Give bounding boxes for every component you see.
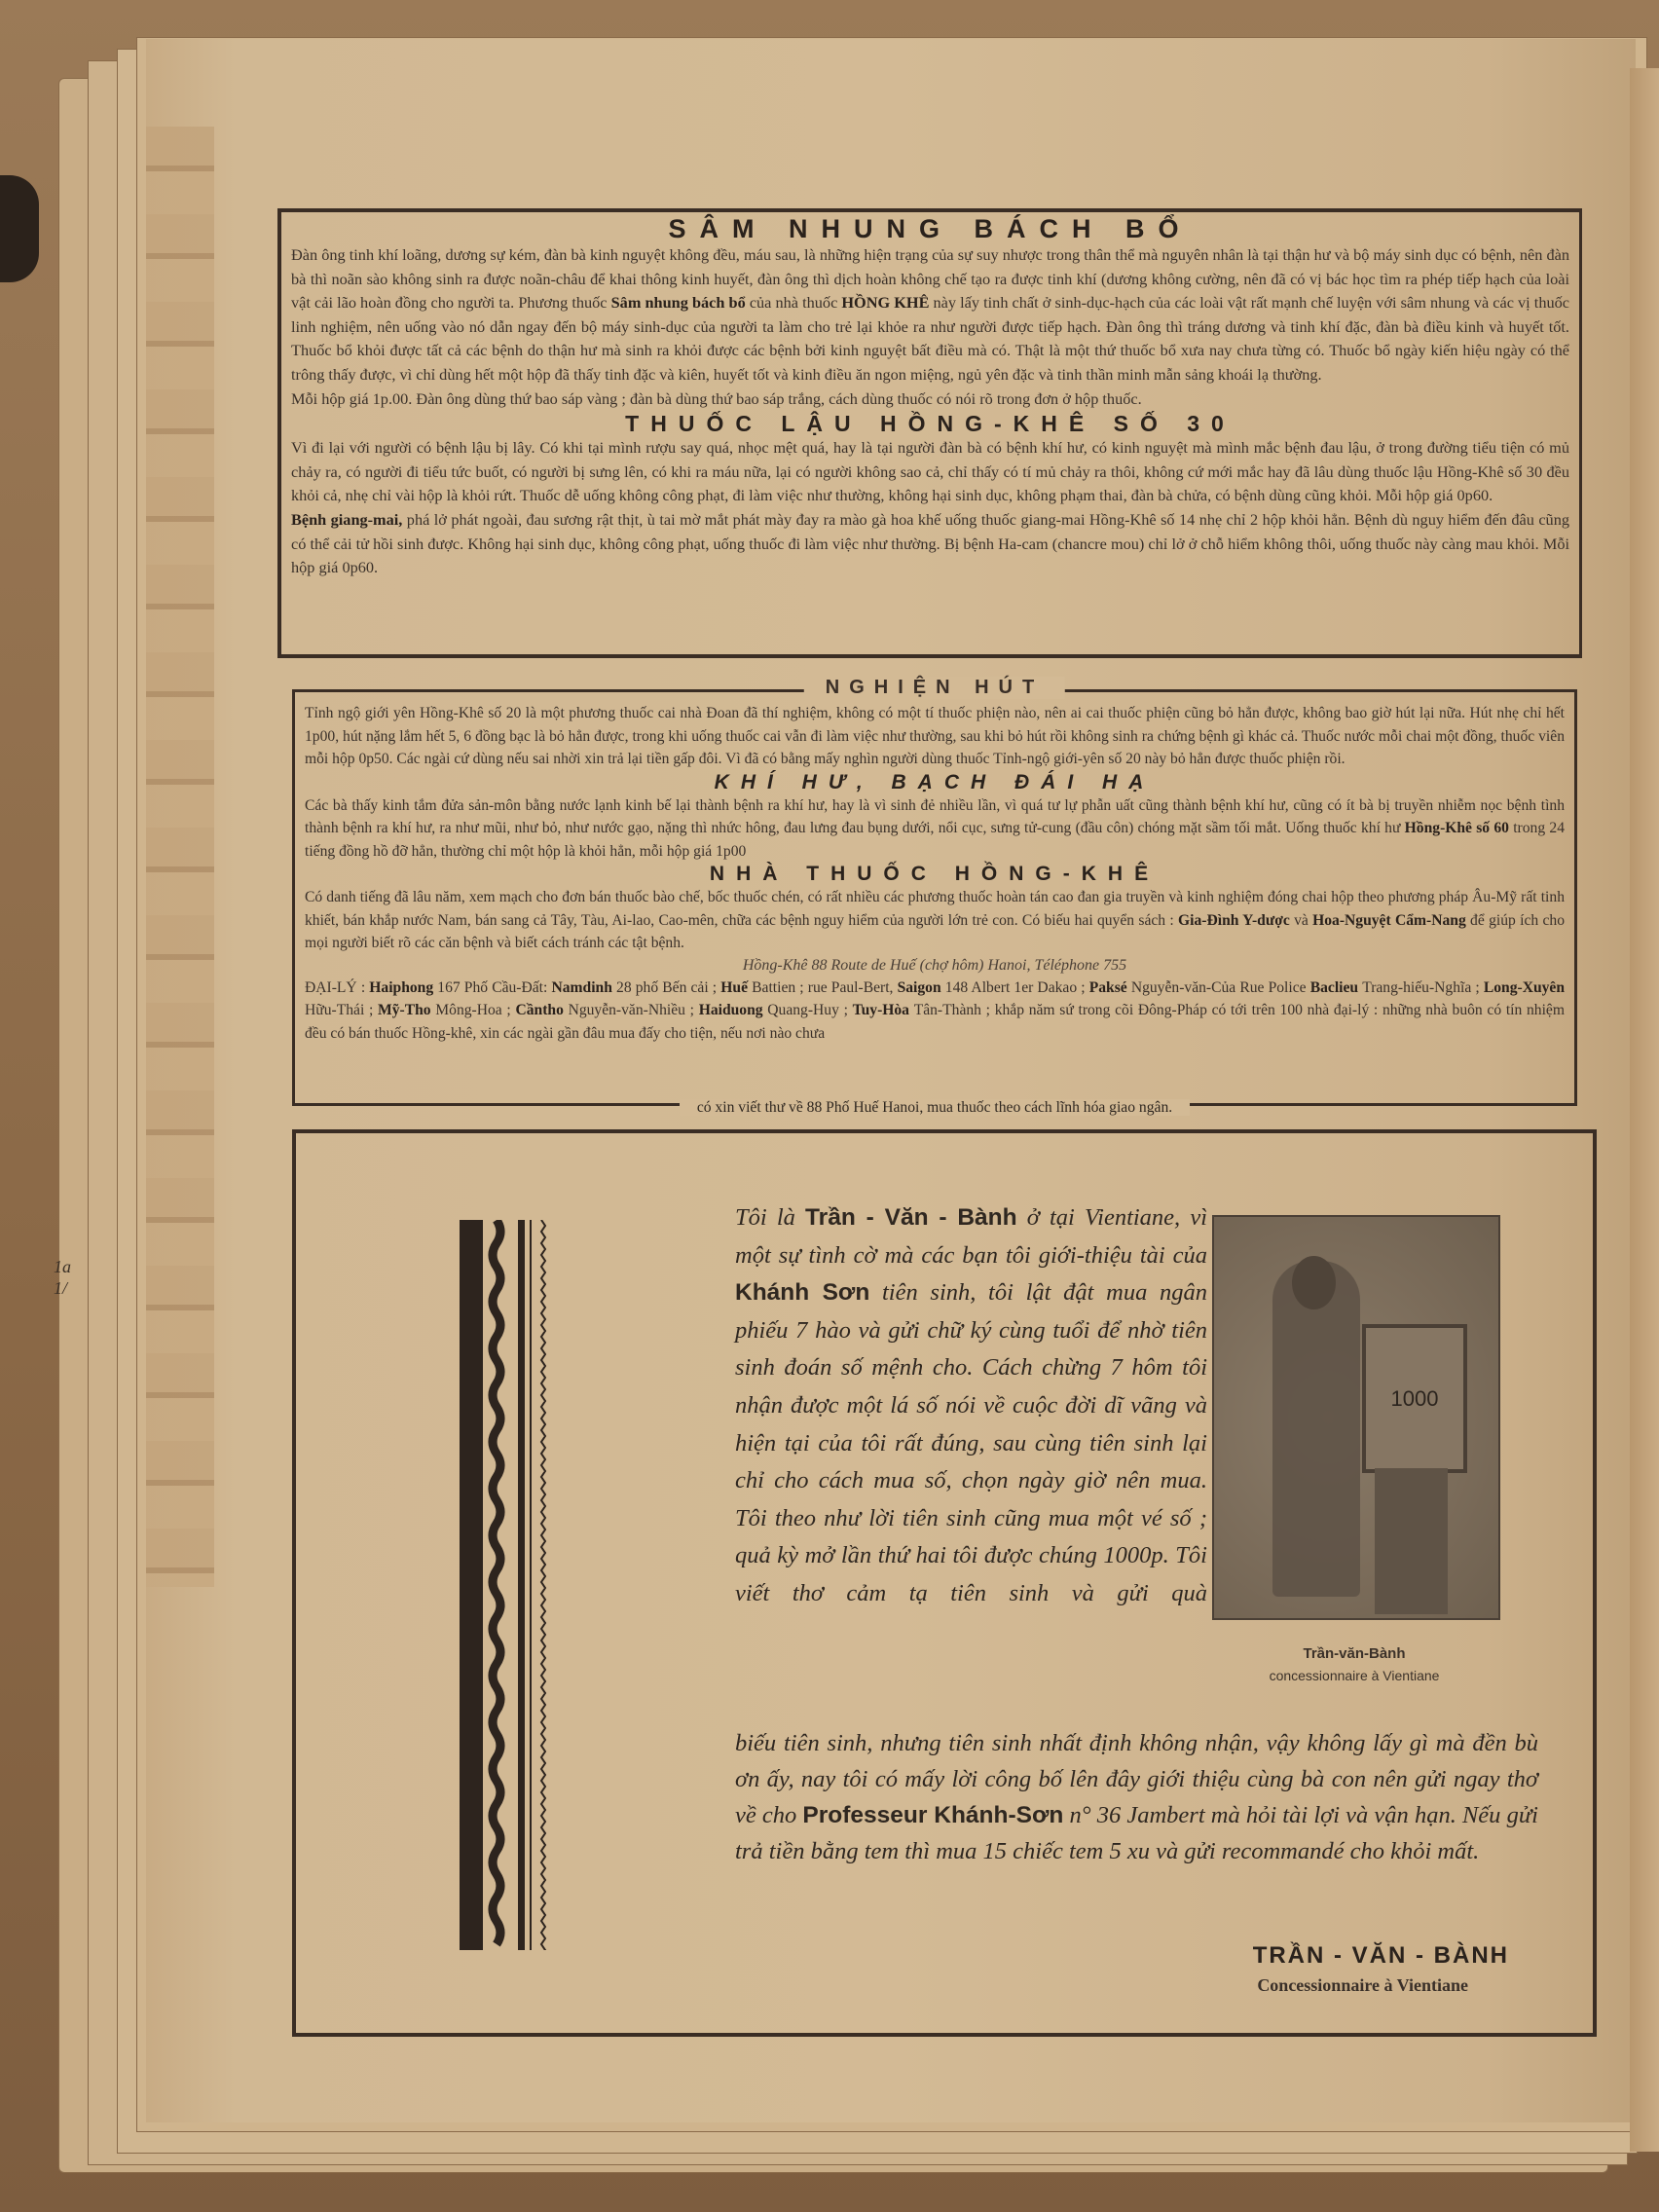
agent-city: Cầntho	[515, 1002, 568, 1018]
ad-body: Vì đi lại với người có bệnh lậu bị lây. …	[281, 436, 1579, 508]
agent-city: Haiphong	[369, 979, 437, 996]
agent-detail: Trang-hiếu-Nghĩa ;	[1362, 979, 1484, 996]
margin-fragment: 1/	[54, 1277, 71, 1299]
ad-body: Có danh tiếng đã lâu năm, xem mạch cho đ…	[295, 886, 1574, 955]
pharmacy-address: Hồng-Khê 88 Route de Huế (chợ hôm) Hanoi…	[295, 955, 1574, 977]
decorative-border-ornament	[460, 1220, 567, 1950]
person-figure	[1272, 1261, 1360, 1597]
agent-detail: Nguyễn-văn-Của Rue Police	[1131, 979, 1310, 996]
agent-detail: Quang-Huy ;	[767, 1002, 852, 1018]
agent-detail: Hữu-Thái ;	[305, 1002, 378, 1018]
agent-city: Huế	[720, 979, 752, 996]
ad-body: Các bà thấy kinh tắm đửa sản-môn bằng nư…	[295, 794, 1574, 864]
agents-list: ĐẠI-LÝ : Haiphong 167 Phố Cầu-Đất: Namdi…	[295, 977, 1574, 1046]
agent-city: Namdinh	[551, 979, 616, 996]
ad-title: KHÍ HƯ, BẠCH ĐÁI HẠ	[295, 771, 1574, 794]
agent-detail: 28 phố Bến cải ;	[616, 979, 720, 996]
lottery-board: 1000	[1362, 1324, 1467, 1473]
ad-title: NGHIỆN HÚT	[804, 677, 1065, 699]
agent-detail: Tân-Thành ;	[914, 1002, 995, 1018]
signature: TRẦN - VĂN - BÀNH Concessionnaire à Vien…	[1159, 1942, 1509, 1996]
agent-city: Baclieu	[1310, 979, 1363, 996]
agent-city: Mỹ-Tho	[378, 1002, 435, 1018]
person-head	[1292, 1256, 1336, 1309]
ad-hong-khe-pharmacy: NGHIỆN HÚT Tỉnh ngộ giới yên Hồng-Khê số…	[292, 689, 1577, 1106]
ad-body: Tỉnh ngộ giới yên Hồng-Khê số 20 là một …	[295, 702, 1574, 771]
ad-body: Đàn ông tinh khí loãng, dương sự kém, đà…	[281, 243, 1579, 387]
binding-spine	[0, 175, 39, 282]
ad-title: NHÀ THUỐC HỒNG-KHÊ	[295, 863, 1574, 886]
photo-caption: Trần-văn-Bành concessionnaire à Vientian…	[1212, 1643, 1496, 1686]
testimonial-text-wide: biếu tiên sinh, nhưng tiên sinh nhất địn…	[735, 1725, 1538, 1869]
facing-page-edge	[1630, 68, 1659, 2152]
ad-sam-nhung-bach-bo: SÂM NHUNG BÁCH BỔ Đàn ông tinh khí loãng…	[277, 208, 1582, 658]
agent-detail: 148 Albert 1er Dakao ;	[945, 979, 1089, 996]
board-stand	[1375, 1468, 1448, 1614]
agent-detail: 167 Phố Cầu-Đất:	[437, 979, 551, 996]
agent-detail: Nguyễn-văn-Nhiều ;	[569, 1002, 699, 1018]
agent-city: Tuy-Hòa	[853, 1002, 914, 1018]
ad-title: THUỐC LẬU HỒNG-KHÊ SỐ 30	[281, 411, 1579, 436]
margin-fragment: 1a	[54, 1256, 71, 1277]
ad-price: Mỗi hộp giá 1p.00. Đàn ông dùng thứ bao …	[281, 387, 1579, 412]
torn-margin-text: 1a 1/	[54, 1256, 71, 1299]
agent-detail: Battien ; rue Paul-Bert,	[752, 979, 897, 996]
torn-page-edges	[146, 127, 214, 1587]
agent-detail: Mông-Hoa ;	[435, 1002, 515, 1018]
ad-title: SÂM NHUNG BÁCH BỔ	[281, 214, 1579, 243]
agent-city: Saigon	[898, 979, 945, 996]
portrait-photo: 1000	[1212, 1215, 1500, 1620]
testimonial-text: Tôi là Trần - Văn - Bành ở tại Vientiane…	[735, 1199, 1207, 1613]
ad-body: Bệnh giang-mai, phá lở phát ngoài, đau s…	[281, 508, 1579, 580]
agent-city: Haiduong	[699, 1002, 768, 1018]
agent-city: Long-Xuyên	[1484, 979, 1565, 996]
ad-footer: có xin viết thư về 88 Phố Huế Hanoi, mua…	[295, 1099, 1574, 1117]
agent-city: Paksé	[1089, 979, 1131, 996]
